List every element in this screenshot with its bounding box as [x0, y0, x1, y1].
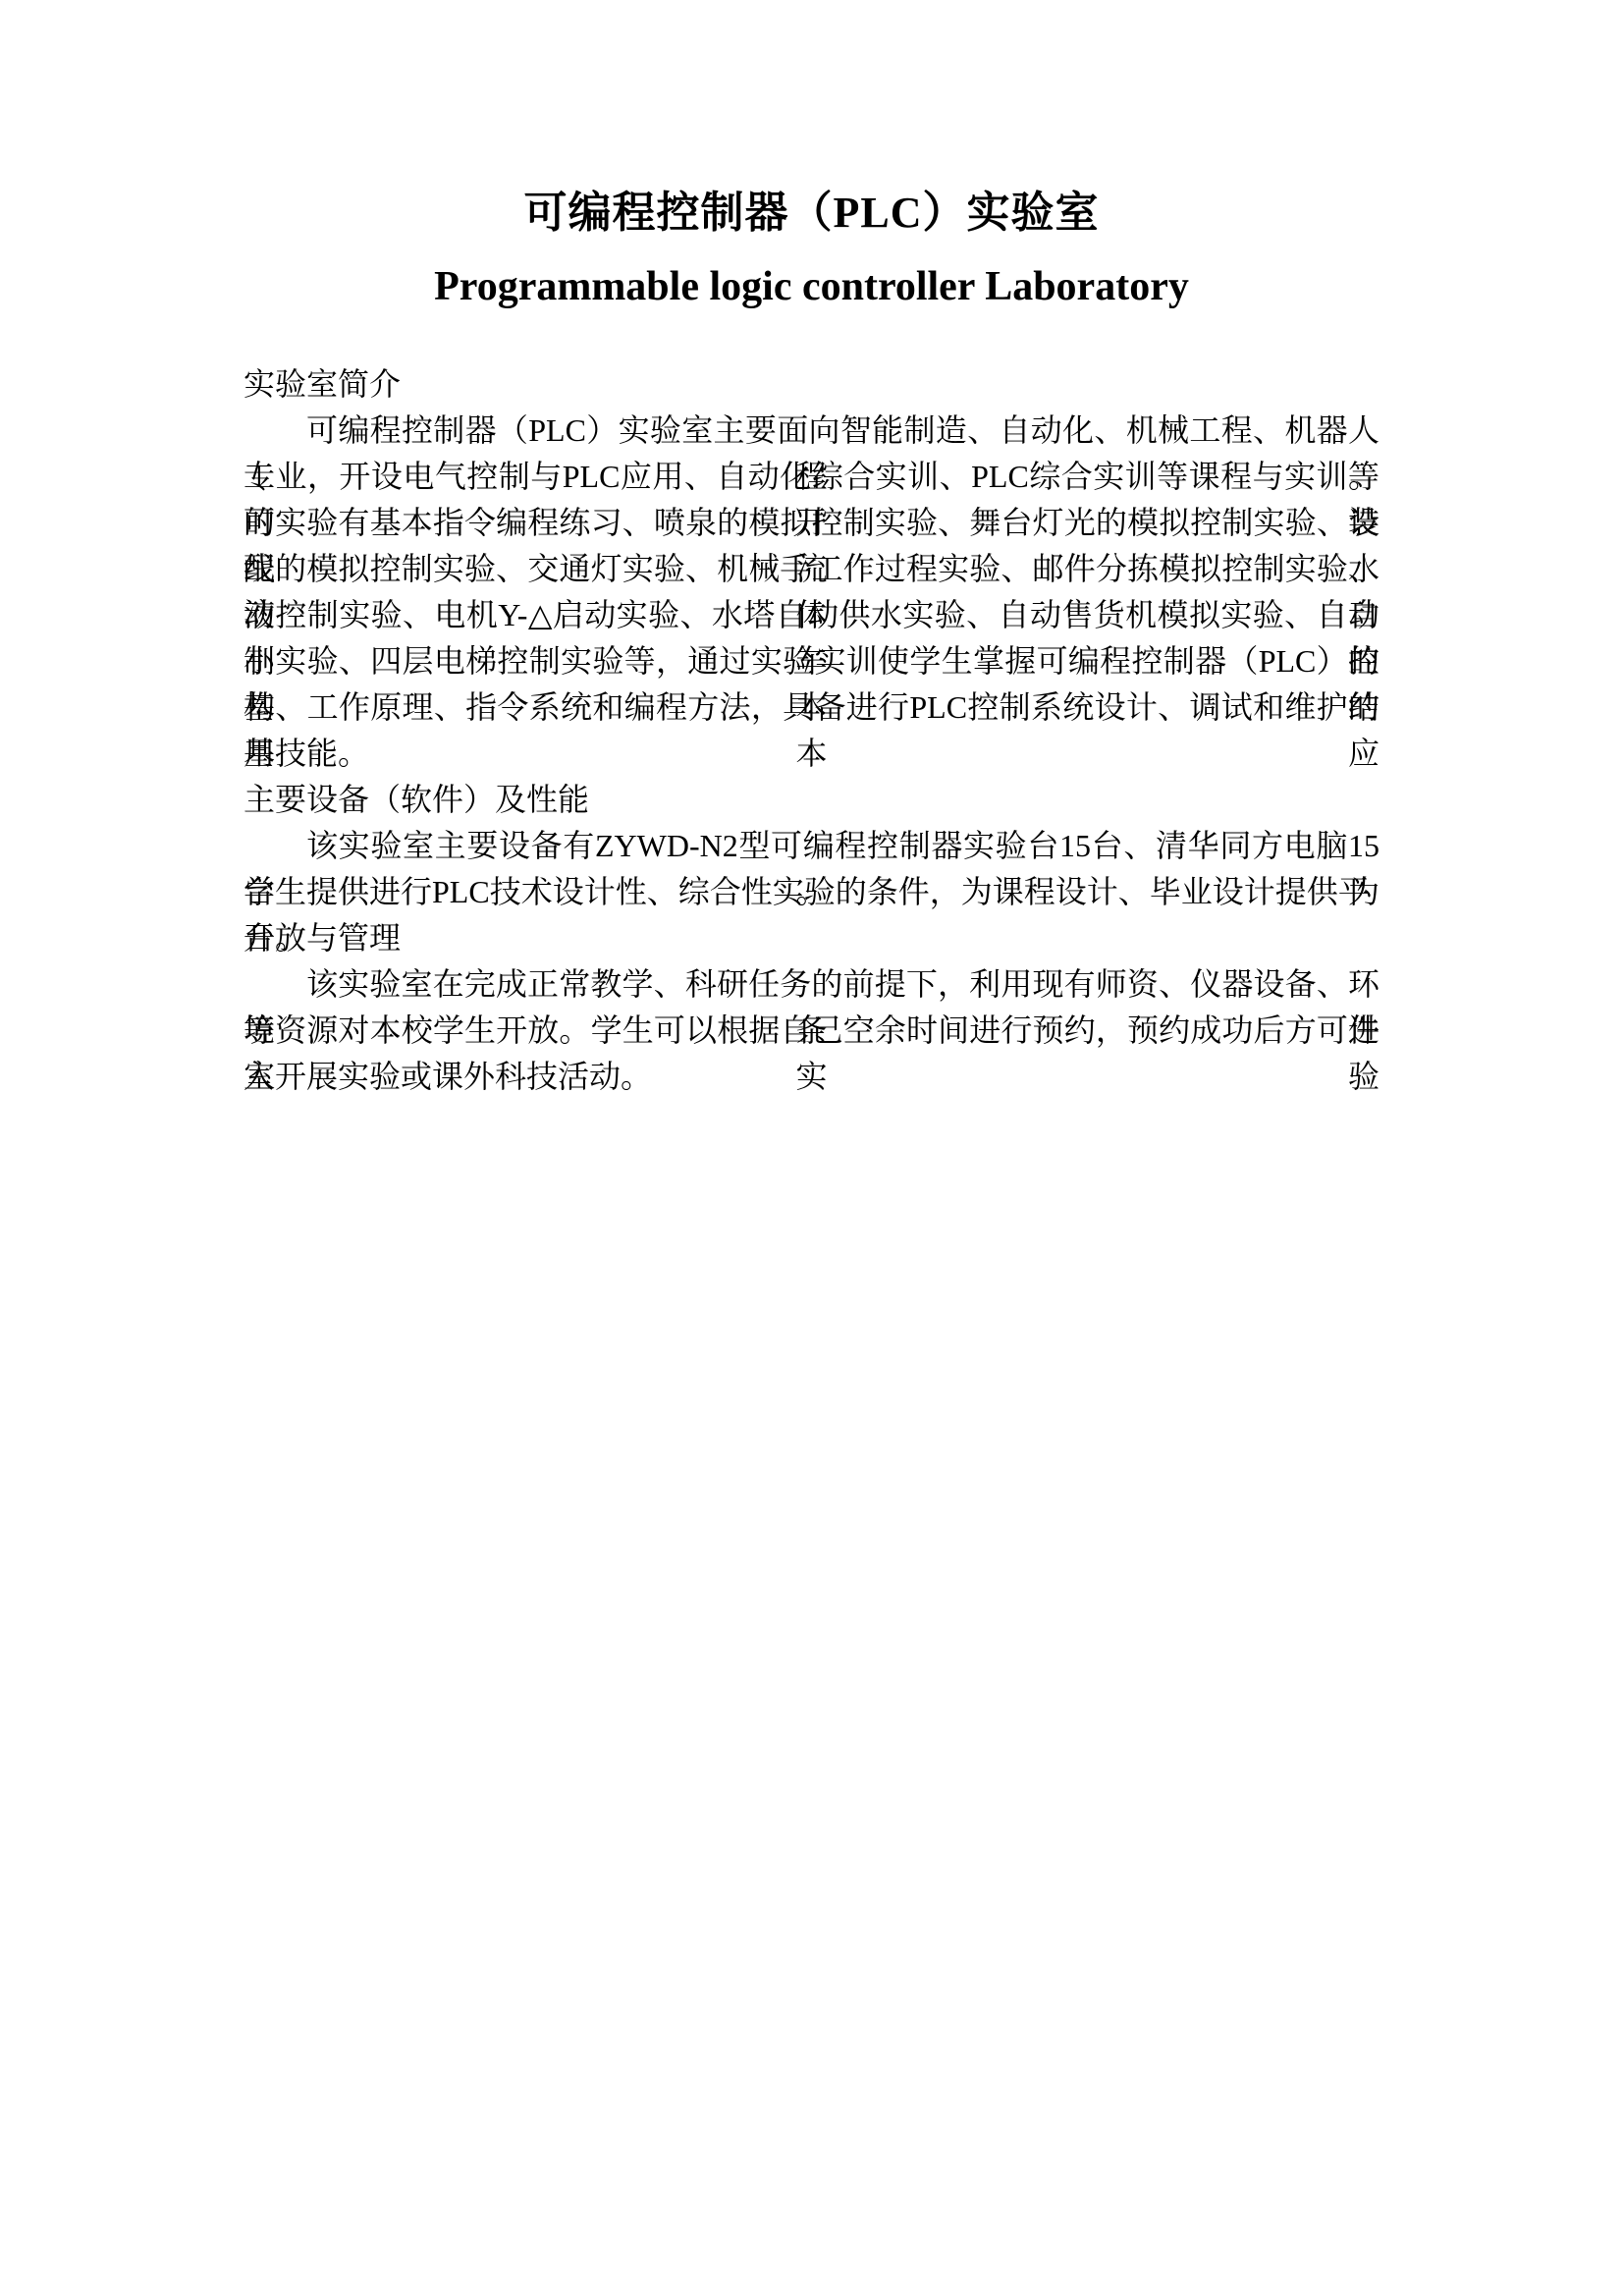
- document-content: 可编程控制器（PLC）实验室 Programmable logic contro…: [243, 183, 1380, 1100]
- document-subtitle: Programmable logic controller Laboratory: [243, 259, 1380, 314]
- document-page: 可编程控制器（PLC）实验室 Programmable logic contro…: [0, 0, 1623, 2296]
- text-line: 等资源对本校学生开放。学生可以根据自己空余时间进行预约，预约成功后方可进入实验: [243, 1008, 1380, 1054]
- text-line: 动控制实验、电机Y-△启动实验、水塔自动供水实验、自动售货机模拟实验、自动小车控: [243, 592, 1380, 638]
- text-line: 可编程控制器（PLC）实验室主要面向智能制造、自动化、机械工程、机器人工程等: [243, 408, 1380, 454]
- section-heading-equipment: 主要设备（软件）及性能: [243, 777, 1380, 823]
- text-line: 学生提供进行PLC技术设计性、综合性实验的条件，为课程设计、毕业设计提供平台。: [243, 869, 1380, 915]
- text-line: 构、工作原理、指令系统和编程方法，具备进行PLC控制系统设计、调试和维护的基本应: [243, 684, 1380, 731]
- text-line: 线的模拟控制实验、交通灯实验、机械手工作过程实验、邮件分拣模拟控制实验、液体自: [243, 546, 1380, 592]
- section-heading-open-mgmt: 开放与管理: [243, 915, 1380, 961]
- text-line: 制实验、四层电梯控制实验等，通过实验实训使学生掌握可编程控制器（PLC）的基本结: [243, 638, 1380, 684]
- document-body: 实验室简介 可编程控制器（PLC）实验室主要面向智能制造、自动化、机械工程、机器…: [243, 361, 1380, 1100]
- section-heading-lab-intro: 实验室简介: [243, 361, 1380, 408]
- text-line: 该实验室在完成正常教学、科研任务的前提下，利用现有师资、仪器设备、环境条件: [243, 961, 1380, 1008]
- document-title: 可编程控制器（PLC）实验室: [243, 183, 1380, 244]
- text-line: 专业，开设电气控制与PLC应用、自动化综合实训、PLC综合实训等课程与实训。可开…: [243, 454, 1380, 500]
- text-line: 的实验有基本指令编程练习、喷泉的模拟控制实验、舞台灯光的模拟控制实验、装配流水: [243, 500, 1380, 546]
- text-line: 该实验室主要设备有ZYWD-N2型可编程控制器实验台15台、清华同方电脑15台。…: [243, 823, 1380, 869]
